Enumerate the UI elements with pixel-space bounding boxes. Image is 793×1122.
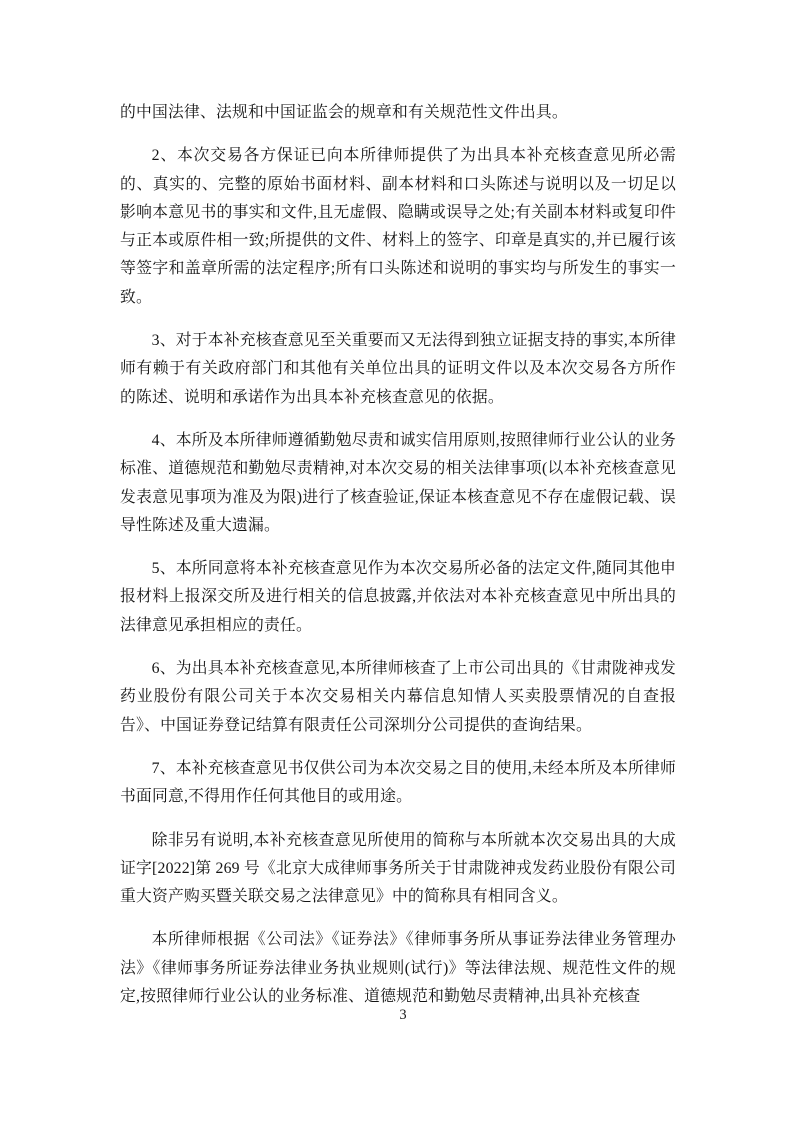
paragraph: 本所律师根据《公司法》《证券法》《律师事务所从事证券法律业务管理办法》《律师事务… <box>120 926 676 1011</box>
paragraph: 6、为出具本补充核查意见,本所律师核查了上市公司出具的《甘肃陇神戎发药业股份有限… <box>120 655 676 740</box>
paragraph: 除非另有说明,本补充核查意见所使用的简称与本所就本次交易出具的大成证字[2022… <box>120 827 676 912</box>
document-page: 的中国法律、法规和中国证监会的规章和有关规范性文件出具。2、本次交易各方保证已向… <box>0 0 793 1122</box>
paragraph: 7、本补充核查意见书仅供公司为本次交易之目的使用,未经本所及本所律师书面同意,不… <box>120 755 676 812</box>
page-number: 3 <box>120 1005 686 1025</box>
paragraph: 2、本次交易各方保证已向本所律师提供了为出具本补充核查意见所必需的、真实的、完整… <box>120 142 676 312</box>
paragraph: 5、本所同意将本补充核查意见作为本次交易所必备的法定文件,随同其他申报材料上报深… <box>120 555 676 640</box>
paragraph: 4、本所及本所律师遵循勤勉尽责和诚实信用原则,按照律师行业公认的业务标准、道德规… <box>120 427 676 540</box>
paragraph: 3、对于本补充核查意见至关重要而又无法得到独立证据支持的事实,本所律师有赖于有关… <box>120 327 676 412</box>
document-body: 的中国法律、法规和中国证监会的规章和有关规范性文件出具。2、本次交易各方保证已向… <box>120 99 676 1026</box>
paragraph: 的中国法律、法规和中国证监会的规章和有关规范性文件出具。 <box>120 99 676 127</box>
